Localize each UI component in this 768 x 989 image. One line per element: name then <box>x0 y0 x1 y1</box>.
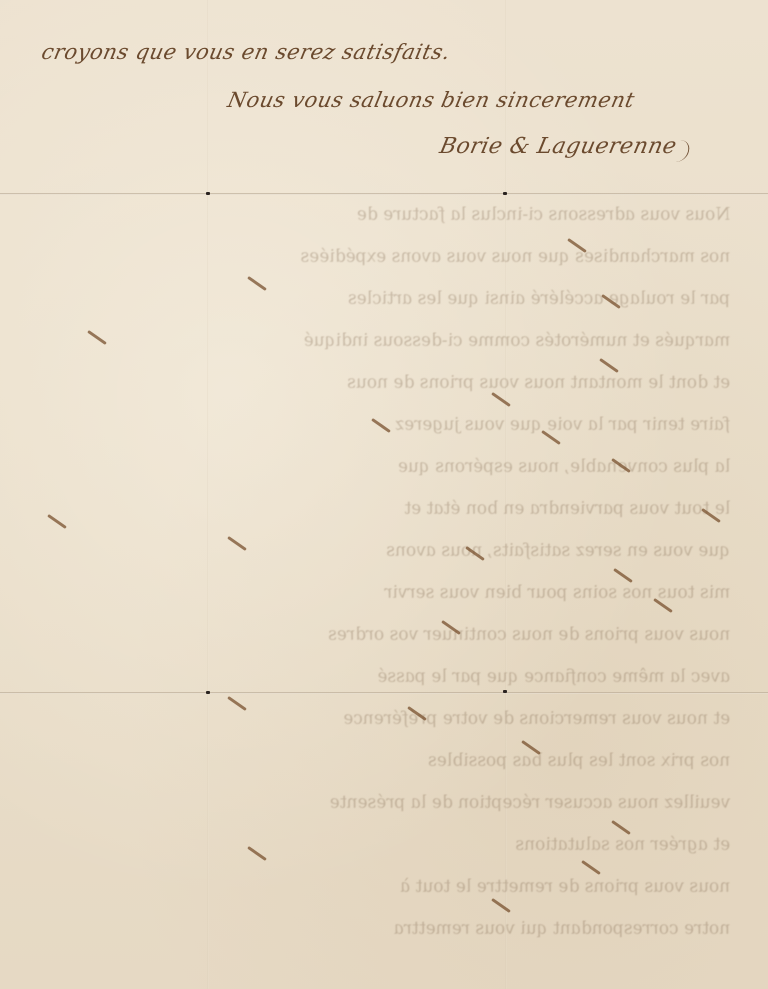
bleed-line: Nous vous adressons ci-inclus la facture… <box>38 205 732 227</box>
bleed-line: et dont le montant nous vous prions de n… <box>38 373 732 395</box>
letter-page: Nous vous adressons ci-inclus la facture… <box>0 0 768 989</box>
bleed-line: notre correspondant qui vous remettra <box>38 919 732 941</box>
bleed-line: marqués et numérotés comme ci-dessous in… <box>38 331 732 353</box>
bleed-line: et nous vous remercions de votre préfére… <box>38 709 732 731</box>
bleed-line: le tout vous parviendra en bon état et <box>38 499 732 521</box>
bleed-line: veuillez nous accuser réception de la pr… <box>38 793 732 815</box>
pinhole-mark <box>206 192 210 195</box>
signature: Borie & Laguerenne <box>437 134 679 159</box>
bleed-line: avec la même confiance que par le passé <box>38 667 732 689</box>
closing-line-2: Nous vous saluons bien sincerement <box>225 88 637 112</box>
bleed-through-text: Nous vous adressons ci-inclus la facture… <box>40 205 730 961</box>
bleed-line: que vous en serez satisfaits, nous avons <box>38 541 732 563</box>
bleed-line: mis tous nos soins pour bien vous servir <box>38 583 732 605</box>
bleed-line: nous vous prions de nous continuer vos o… <box>38 625 732 647</box>
bleed-line: nous vous prions de remettre le tout à <box>38 877 732 899</box>
bleed-line: par le roulage accéléré ainsi que les ar… <box>38 289 732 311</box>
bleed-line: et agréer nos salutations <box>38 835 732 857</box>
pinhole-mark <box>503 192 507 195</box>
fold-line-top <box>0 193 768 195</box>
closing-line-1: croyons que vous en serez satisfaits. <box>39 40 452 64</box>
bleed-line: nos marchandises que nous vous avons exp… <box>38 247 732 269</box>
bleed-line: nos prix sont les plus bas possibles <box>38 751 732 773</box>
